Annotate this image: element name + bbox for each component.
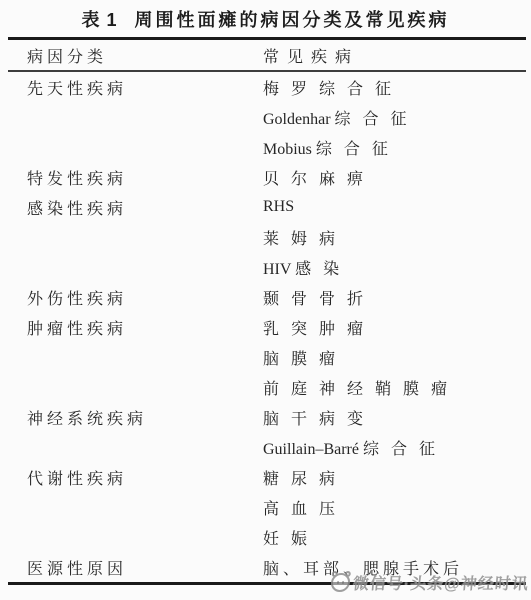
disease-cell: 颞骨骨折 — [263, 286, 531, 309]
table-title-text: 周围性面瘫的病因分类及常见疾病 — [135, 6, 450, 32]
disease-cell: Goldenhar 综合征 — [263, 106, 531, 129]
table-bottom-rule — [8, 582, 526, 585]
disease-cell: 糖尿病 — [263, 466, 531, 489]
table-row: 代谢性疾病糖尿病 — [0, 462, 531, 492]
disease-cell: HIV 感染 — [263, 256, 531, 279]
table-title: 表 1 周围性面瘫的病因分类及常见疾病 — [0, 0, 531, 37]
disease-cell: Mobius 综合征 — [263, 136, 531, 159]
category-cell: 神经系统疾病 — [0, 406, 263, 429]
table-row: 高血压 — [0, 492, 531, 522]
category-cell: 特发性疾病 — [0, 166, 263, 189]
table-row: 医源性原因脑、耳部、腮腺手术后 — [0, 552, 531, 582]
table-row: HIV 感染 — [0, 252, 531, 282]
category-cell: 外伤性疾病 — [0, 286, 263, 309]
table-number: 表 1 — [81, 6, 116, 32]
table-row: 前庭神经鞘膜瘤 — [0, 372, 531, 402]
table-row: 妊娠 — [0, 522, 531, 552]
table-row: 感染性疾病RHS — [0, 192, 531, 222]
category-cell: 肿瘤性疾病 — [0, 316, 263, 339]
disease-cell: 贝尔麻痹 — [263, 166, 531, 189]
disease-cell: 妊娠 — [263, 526, 531, 549]
disease-cell: 前庭神经鞘膜瘤 — [263, 376, 531, 399]
column-header-diseases: 常见疾病 — [263, 44, 531, 67]
disease-cell: 脑、耳部、腮腺手术后 — [263, 556, 531, 579]
table-row: 特发性疾病贝尔麻痹 — [0, 162, 531, 192]
table-row: 神经系统疾病脑干病变 — [0, 402, 531, 432]
disease-cell: 乳突肿瘤 — [263, 316, 531, 339]
journal-table-figure: 表 1 周围性面瘫的病因分类及常见疾病 病因分类 常见疾病 先天性疾病梅罗综合征… — [0, 0, 531, 600]
table-row: 先天性疾病梅罗综合征 — [0, 72, 531, 102]
disease-cell: Guillain–Barré 综合征 — [263, 436, 531, 459]
table-row: 肿瘤性疾病乳突肿瘤 — [0, 312, 531, 342]
category-cell: 医源性原因 — [0, 556, 263, 579]
category-cell: 先天性疾病 — [0, 76, 263, 99]
disease-cell: 脑膜瘤 — [263, 346, 531, 369]
table-row: 莱姆病 — [0, 222, 531, 252]
disease-cell: RHS — [263, 198, 531, 216]
table-row: 外伤性疾病颞骨骨折 — [0, 282, 531, 312]
table-row: 脑膜瘤 — [0, 342, 531, 372]
table-row: Guillain–Barré 综合征 — [0, 432, 531, 462]
category-cell: 代谢性疾病 — [0, 466, 263, 489]
table-row: Mobius 综合征 — [0, 132, 531, 162]
disease-cell: 梅罗综合征 — [263, 76, 531, 99]
disease-cell: 脑干病变 — [263, 406, 531, 429]
disease-cell: 莱姆病 — [263, 226, 531, 249]
disease-cell: 高血压 — [263, 496, 531, 519]
table-row: Goldenhar 综合征 — [0, 102, 531, 132]
table-header-row: 病因分类 常见疾病 — [0, 40, 531, 70]
column-header-etiology: 病因分类 — [0, 44, 263, 67]
category-cell: 感染性疾病 — [0, 196, 263, 219]
table-body: 先天性疾病梅罗综合征Goldenhar 综合征Mobius 综合征特发性疾病贝尔… — [0, 72, 531, 582]
